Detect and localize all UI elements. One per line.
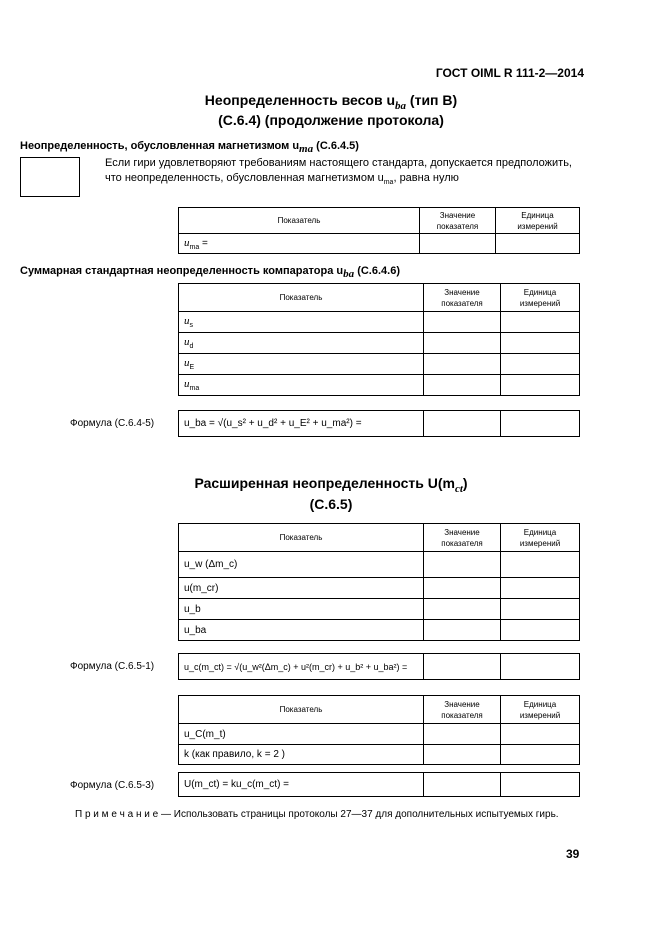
row-tail: = [199, 238, 208, 249]
row-sub: s [190, 322, 194, 329]
section-title-expanded: Расширенная неопределенность U(mct) [0, 475, 662, 495]
title-sub: ba [395, 100, 406, 112]
row-ub: u_b [179, 599, 424, 620]
title-text: Неопределенность весов u [205, 92, 395, 108]
note: П р и м е ч а н и е — Использовать стран… [75, 809, 559, 820]
unit-cell[interactable] [501, 552, 580, 578]
line2-text: что неопределенность, обусловленная магн… [105, 172, 384, 184]
unit-cell[interactable] [501, 312, 580, 333]
row-umcr: u(m_cr) [179, 578, 424, 599]
row-uc: u_C(m_t) [179, 724, 424, 745]
heading-sub: ma [299, 143, 313, 155]
heading-tail: (С.6.4.5) [313, 140, 359, 152]
value-cell[interactable] [424, 654, 501, 680]
col-value: Значение показателя [424, 524, 501, 552]
magnetism-text: Если гири удовлетворяют требованиям наст… [105, 156, 572, 190]
row-sub: ma [190, 385, 200, 392]
row-uma: uma = [179, 234, 420, 254]
unit-cell[interactable] [501, 654, 580, 680]
unit-cell[interactable] [501, 375, 580, 396]
formula-c651-table: u_c(m_ct) = √(u_w²(Δm_c) + u²(m_cr) + u_… [178, 653, 580, 680]
expanded-table-2: Показатель Значение показателя Единица и… [178, 695, 580, 765]
row-us: us [179, 312, 424, 333]
value-cell[interactable] [420, 234, 496, 254]
row-uw: u_w (Δm_c) [179, 552, 424, 578]
unit-cell[interactable] [501, 411, 580, 437]
magnetism-heading: Неопределенность, обусловленная магнетиз… [20, 140, 359, 155]
unit-cell[interactable] [501, 620, 580, 641]
value-cell[interactable] [424, 578, 501, 599]
heading-tail: (С.6.4.6) [354, 265, 400, 277]
value-cell[interactable] [424, 354, 501, 375]
unit-cell[interactable] [501, 333, 580, 354]
value-cell[interactable] [424, 724, 501, 745]
combined-heading: Суммарная стандартная неопределенность к… [20, 265, 400, 280]
page-number: 39 [566, 847, 579, 861]
row-sub: d [190, 343, 194, 350]
col-indicator: Показатель [179, 524, 424, 552]
expanded-table: Показатель Значение показателя Единица и… [178, 523, 580, 641]
unit-cell[interactable] [501, 724, 580, 745]
value-cell[interactable] [424, 745, 501, 765]
value-cell[interactable] [424, 375, 501, 396]
row-sub: ma [190, 244, 200, 251]
col-indicator: Показатель [179, 696, 424, 724]
formula-c645-table: u_ba = √(u_s² + u_d² + u_E² + u_ma²) = [178, 410, 580, 437]
heading-sub: ba [343, 268, 354, 280]
section-subtitle: (С.6.4) (продолжение протокола) [0, 112, 662, 128]
col-indicator: Показатель [179, 208, 420, 234]
unit-cell[interactable] [501, 773, 580, 797]
row-sub: E [190, 364, 195, 371]
value-cell[interactable] [424, 411, 501, 437]
col-unit: Единица измерений [501, 524, 580, 552]
formula-c653-table: U(m_ct) = ku_c(m_ct) = [178, 772, 580, 797]
col-value: Значение показателя [424, 696, 501, 724]
unit-cell[interactable] [501, 354, 580, 375]
unit-cell[interactable] [501, 745, 580, 765]
title-sub: ct [455, 483, 463, 495]
col-value: Значение показателя [420, 208, 496, 234]
note-prefix: П р и м е ч а н и е [75, 809, 158, 820]
unit-cell[interactable] [496, 234, 580, 254]
row-uma: uma [179, 375, 424, 396]
row-k: k (как правило, k = 2 ) [179, 745, 424, 765]
heading-text: Суммарная стандартная неопределенность к… [20, 265, 343, 277]
col-unit: Единица измерений [496, 208, 580, 234]
line2-sub: ma [384, 179, 394, 186]
standard-header: ГОСТ OIML R 111-2—2014 [436, 66, 584, 80]
row-ud: ud [179, 333, 424, 354]
row-ue: uE [179, 354, 424, 375]
value-cell[interactable] [424, 773, 501, 797]
unit-cell[interactable] [501, 578, 580, 599]
row-uba: u_ba [179, 620, 424, 641]
value-cell[interactable] [424, 312, 501, 333]
value-cell[interactable] [424, 552, 501, 578]
formula-c651: u_c(m_ct) = √(u_w²(Δm_c) + u²(m_cr) + u_… [179, 654, 424, 680]
combined-table: Показатель Значение показателя Единица и… [178, 283, 580, 396]
line2-tail: , равна нулю [393, 172, 458, 184]
col-unit: Единица измерений [501, 696, 580, 724]
text-line-1: Если гири удовлетворяют требованиям наст… [105, 156, 572, 171]
section-title-uba: Неопределенность весов uba (тип В) [0, 92, 662, 112]
text-line-2: что неопределенность, обусловленная магн… [105, 171, 572, 190]
title-text: Расширенная неопределенность U(m [194, 475, 455, 491]
col-indicator: Показатель [179, 284, 424, 312]
magnetism-checkbox[interactable] [20, 157, 80, 197]
value-cell[interactable] [424, 620, 501, 641]
formula-label-c651: Формула (С.6.5-1) [70, 661, 154, 672]
section-subtitle-expanded: (С.6.5) [0, 496, 662, 512]
formula-label-c653: Формула (С.6.5-3) [70, 780, 154, 791]
value-cell[interactable] [424, 333, 501, 354]
col-value: Значение показателя [424, 284, 501, 312]
formula-label-c645: Формула (С.6.4-5) [70, 418, 154, 429]
value-cell[interactable] [424, 599, 501, 620]
formula-c645: u_ba = √(u_s² + u_d² + u_E² + u_ma²) = [179, 411, 424, 437]
magnetism-table: Показатель Значение показателя Единица и… [178, 207, 580, 254]
formula-c653: U(m_ct) = ku_c(m_ct) = [179, 773, 424, 797]
unit-cell[interactable] [501, 599, 580, 620]
col-unit: Единица измерений [501, 284, 580, 312]
heading-text: Неопределенность, обусловленная магнетиз… [20, 140, 299, 152]
title-tail: ) [463, 475, 468, 491]
note-text: — Использовать страницы протоколы 27—37 … [158, 809, 558, 820]
title-tail: (тип В) [406, 92, 457, 108]
